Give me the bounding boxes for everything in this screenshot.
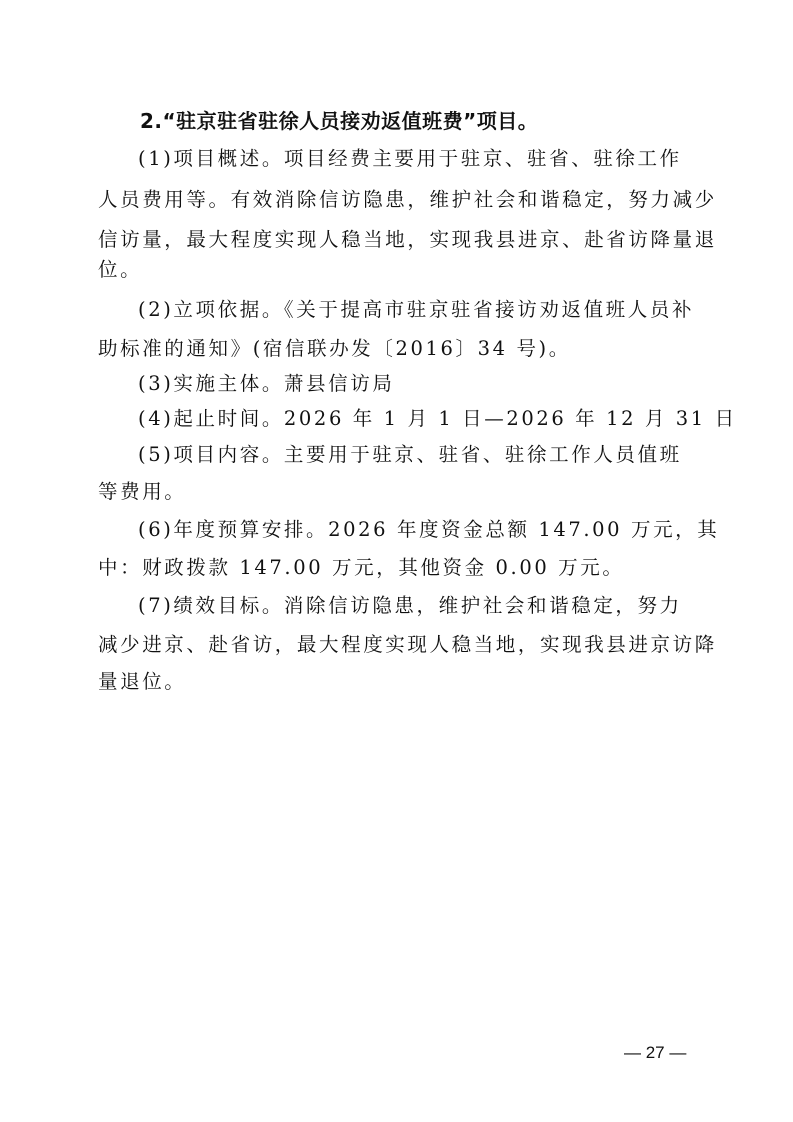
section-heading: 2.“驻京驻省驻徐人员接劝返值班费”项目。 [140, 105, 538, 134]
paragraph-6-line-2: 中：财政拨款 147.00 万元，其他资金 0.00 万元。 [98, 556, 624, 580]
paragraph-4-line-1: (4)起止时间。2026 年 1 月 1 日—2026 年 12 月 31 日 [138, 407, 737, 431]
paragraph-2-line-1: (2)立项依据。《关于提高市驻京驻省接访劝返值班人员补 [138, 298, 694, 322]
paragraph-1-line-2: 人员费用等。有效消除信访隐患，维护社会和谐稳定，努力减少 [98, 188, 717, 212]
paragraph-1-line-4: 位。 [98, 258, 142, 282]
paragraph-5-line-2: 等费用。 [98, 480, 186, 504]
document-page: 2.“驻京驻省驻徐人员接劝返值班费”项目。 (1)项目概述。项目经费主要用于驻京… [0, 0, 793, 1122]
paragraph-2-line-2: 助标准的通知》(宿信联办发〔2016〕34 号)。 [98, 337, 571, 361]
paragraph-5-line-1: (5)项目内容。主要用于驻京、驻省、驻徐工作人员值班 [138, 443, 682, 467]
paragraph-7-line-2: 减少进京、赴省访，最大程度实现人稳当地，实现我县进京访降 [98, 633, 717, 657]
page-number: — 27 — [624, 1043, 686, 1063]
paragraph-3-line-1: (3)实施主体。萧县信访局 [138, 372, 394, 396]
paragraph-1-line-3: 信访量，最大程度实现人稳当地，实现我县进京、赴省访降量退 [98, 228, 717, 252]
paragraph-7-line-1: (7)绩效目标。消除信访隐患，维护社会和谐稳定，努力 [138, 594, 682, 618]
paragraph-6-line-1: (6)年度预算安排。2026 年度资金总额 147.00 万元，其 [138, 518, 719, 542]
paragraph-1-line-1: (1)项目概述。项目经费主要用于驻京、驻省、驻徐工作 [138, 147, 682, 171]
paragraph-7-line-3: 量退位。 [98, 670, 186, 694]
